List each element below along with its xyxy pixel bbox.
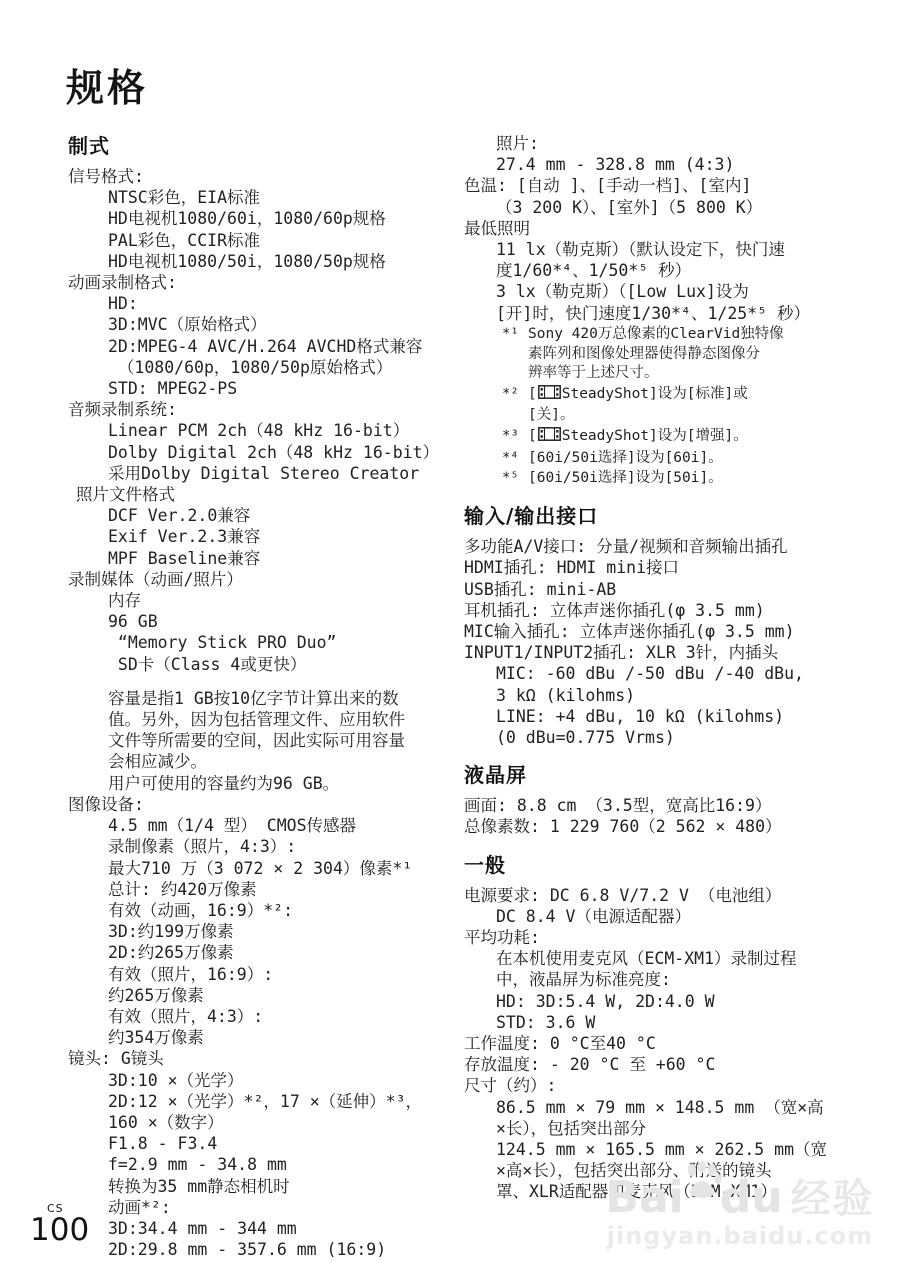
spec-line: 尺寸（约）:	[464, 1075, 896, 1096]
footnote-body: Sony 420万总像素的ClearVid独特像素阵列和图像处理器使得静态图像分…	[528, 325, 784, 384]
spec-line: “Memory Stick PRO Duo”	[108, 632, 466, 653]
footnote-marker: *²	[502, 385, 528, 426]
spec-line: 在本机使用麦克风（ECM-XM1）录制过程	[496, 948, 896, 969]
spec-line: 3D:34.4 mm - 344 mm	[108, 1218, 466, 1239]
spec-line: 画面: 8.8 cm （3.5型，宽高比16:9）	[464, 795, 896, 816]
spec-line: Dolby Digital 2ch（48 kHz 16-bit）	[108, 442, 466, 463]
footnote-marker: *⁴	[502, 449, 528, 469]
footnote-line: [SteadyShot]设为[增强]。	[528, 427, 748, 448]
footnote: *⁵[60i/50i选择]设为[50i]。	[502, 469, 896, 489]
spec-line: USB插孔: mini-AB	[464, 579, 896, 600]
spec-line: Linear PCM 2ch（48 kHz 16-bit）	[108, 420, 466, 441]
spec-line: 动画录制格式:	[68, 272, 466, 293]
footnote: *²[SteadyShot]设为[标准]或[关]。	[502, 385, 896, 426]
spec-line: 值。另外，因为包括管理文件、应用软件	[108, 709, 466, 730]
footnote-line: Sony 420万总像素的ClearVid独特像	[528, 325, 784, 345]
spec-line: STD: MPEG2-PS	[108, 378, 466, 399]
spec-line: [开]时，快门速度1/30*⁴、1/25*⁵ 秒）	[496, 303, 896, 324]
spec-line: MIC输入插孔: 立体声迷你插孔(φ 3.5 mm)	[464, 621, 896, 642]
spec-line: 文件等所需要的空间，因此实际可用容量	[108, 730, 466, 751]
manual-page: 规格 制式信号格式:NTSC彩色，EIA标准HD电视机1080/60i，1080…	[0, 0, 899, 1280]
footnote-body: [60i/50i选择]设为[60i]。	[528, 449, 723, 469]
spec-line: 动画*²:	[108, 1197, 466, 1218]
footnote-line: [SteadyShot]设为[标准]或	[528, 385, 748, 406]
spec-line: 160 ×（数字）	[108, 1112, 466, 1133]
spec-line: (0 dBu=0.775 Vrms)	[496, 727, 896, 748]
footnote: *⁴[60i/50i选择]设为[60i]。	[502, 449, 896, 469]
footnote: *³[SteadyShot]设为[增强]。	[502, 427, 896, 448]
page-number: 100	[30, 1212, 89, 1248]
section-heading: 制式	[68, 130, 466, 159]
spec-line: 电源要求: DC 6.8 V/7.2 V （电池组）	[464, 885, 896, 906]
spec-line: 有效（照片，4:3）:	[108, 1006, 466, 1027]
spec-line: 录制媒体（动画/照片）	[68, 569, 466, 590]
spec-line: MIC: -60 dBu /-50 dBu /-40 dBu,	[496, 663, 896, 684]
spec-line: 照片文件格式	[76, 484, 466, 505]
spec-line: 耳机插孔: 立体声迷你插孔(φ 3.5 mm)	[464, 600, 896, 621]
spec-line: 录制像素（照片，4:3）:	[108, 836, 466, 857]
spec-line: HDMI插孔: HDMI mini接口	[464, 557, 896, 578]
spec-line: 采用Dolby Digital Stereo Creator	[108, 463, 466, 484]
spec-line: 2D:约265万像素	[108, 942, 466, 963]
spec-line: HD: 3D:5.4 W, 2D:4.0 W	[496, 991, 896, 1012]
spec-line: ×长），包括突出部分	[496, 1118, 896, 1139]
section-heading: 输入/输出接口	[464, 500, 896, 529]
spec-line: 图像设备:	[68, 794, 466, 815]
spec-line: HD电视机1080/50i，1080/50p规格	[108, 251, 466, 272]
spec-line: SD卡（Class 4或更快）	[108, 654, 466, 675]
spec-line: （3 200 K）、[室外]（5 800 K）	[496, 197, 896, 218]
page-number-block: CS 100	[30, 1202, 89, 1246]
spec-line: 有效（照片，16:9）:	[108, 964, 466, 985]
spec-line: 总像素数: 1 229 760（2 562 × 480）	[464, 816, 896, 837]
spec-line: 3D:10 ×（光学）	[108, 1070, 466, 1091]
spec-line: 3 lx（勒克斯）（[Low Lux]设为	[496, 281, 896, 302]
footnote-line: [60i/50i选择]设为[60i]。	[528, 449, 723, 469]
spec-line: 3D:MVC（原始格式）	[108, 314, 466, 335]
spec-line: 度1/60*⁴、1/50*⁵ 秒）	[496, 260, 896, 281]
spec-line: LINE: +4 dBu, 10 kΩ (kilohms)	[496, 706, 896, 727]
spec-line: DC 8.4 V（电源适配器）	[496, 906, 896, 927]
footnote-marker: *⁵	[502, 469, 528, 489]
spec-line: 86.5 mm × 79 mm × 148.5 mm （宽×高	[496, 1097, 896, 1118]
spec-line: Exif Ver.2.3兼容	[108, 526, 466, 547]
section-heading: 一般	[464, 849, 896, 878]
spec-line: 最大710 万（3 072 × 2 304）像素*¹	[108, 858, 466, 879]
spec-line: 约265万像素	[108, 985, 466, 1006]
spec-line: （1080/60p，1080/50p原始格式）	[108, 357, 466, 378]
spec-line: 11 lx（勒克斯）（默认设定下，快门速	[496, 239, 896, 260]
footnote-marker: *¹	[502, 325, 528, 384]
spec-line: 中，液晶屏为标准亮度:	[496, 969, 896, 990]
baidu-watermark: Bai du经验 jingyan.baidu.com	[595, 1160, 885, 1250]
spec-line: 镜头: G镜头	[68, 1048, 466, 1069]
baidu-logo-text-left: Bai	[605, 1172, 683, 1223]
spec-line: 用户可使用的容量约为96 GB。	[108, 773, 466, 794]
spec-line: 3D:约199万像素	[108, 921, 466, 942]
spec-line: F1.8 - F3.4	[108, 1133, 466, 1154]
spec-line: 有效（动画，16:9）*²:	[108, 900, 466, 921]
spec-line: 音频录制系统:	[68, 399, 466, 420]
spec-line: 约354万像素	[108, 1027, 466, 1048]
baidu-paw-icon	[682, 1160, 724, 1208]
footnote-line: 素阵列和图像处理器使得静态图像分	[528, 345, 784, 365]
page-title: 规格	[66, 57, 148, 112]
spec-line: 4.5 mm（1/4 型） CMOS传感器	[108, 815, 466, 836]
spec-line: HD:	[108, 293, 466, 314]
footnote-line: 辨率等于上述尺寸。	[528, 364, 784, 384]
spec-line: 最低照明	[464, 218, 896, 239]
spec-line: 照片:	[496, 133, 896, 154]
spec-line: HD电视机1080/60i，1080/60p规格	[108, 208, 466, 229]
spec-line: 2D:29.8 mm - 357.6 mm (16:9)	[108, 1239, 466, 1260]
spacer	[68, 675, 466, 688]
footnote: *¹Sony 420万总像素的ClearVid独特像素阵列和图像处理器使得静态图…	[502, 325, 896, 384]
baidu-jingyan-text: 经验	[791, 1176, 875, 1222]
spec-line: MPF Baseline兼容	[108, 548, 466, 569]
film-steadyshot-icon	[538, 427, 561, 448]
film-steadyshot-icon	[538, 385, 561, 406]
spec-line: 2D:12 ×（光学）*²，17 ×（延伸）*³，	[108, 1091, 466, 1112]
spec-line: INPUT1/INPUT2插孔: XLR 3针，内插头	[464, 642, 896, 663]
section-heading: 液晶屏	[464, 759, 896, 788]
spec-line: 信号格式:	[68, 166, 466, 187]
footnote-body: [SteadyShot]设为[标准]或[关]。	[528, 385, 748, 426]
spec-line: STD: 3.6 W	[496, 1012, 896, 1033]
spec-line: 平均功耗:	[464, 927, 896, 948]
spec-line: 总计: 约420万像素	[108, 879, 466, 900]
spec-line: 色温: [自动 ]、[手动一档]、[室内]	[464, 175, 896, 196]
spec-line: 3 kΩ (kilohms)	[496, 685, 896, 706]
spec-line: 内存	[108, 590, 466, 611]
spec-line: 124.5 mm × 165.5 mm × 262.5 mm（宽	[496, 1139, 896, 1160]
spec-line: f=2.9 mm - 34.8 mm	[108, 1154, 466, 1175]
spec-line: 96 GB	[108, 611, 466, 632]
left-column: 制式信号格式:NTSC彩色，EIA标准HD电视机1080/60i，1080/60…	[68, 130, 466, 1260]
spec-line: 转换为35 mm静态相机时	[108, 1176, 466, 1197]
spec-line: 多功能A/V接口: 分量/视频和音频输出插孔	[464, 536, 896, 557]
spec-line: 会相应减少。	[108, 751, 466, 772]
watermark-url: jingyan.baidu.com	[595, 1222, 885, 1250]
spec-line: NTSC彩色，EIA标准	[108, 187, 466, 208]
footnote-line: [关]。	[528, 406, 748, 426]
spec-line: 27.4 mm - 328.8 mm (4:3)	[496, 154, 896, 175]
spec-line: PAL彩色，CCIR标准	[108, 230, 466, 251]
baidu-logo-text-right: du	[720, 1172, 783, 1223]
spec-line: 容量是指1 GB按10亿字节计算出来的数	[108, 688, 466, 709]
footnote-body: [60i/50i选择]设为[50i]。	[528, 469, 723, 489]
footnote-marker: *³	[502, 427, 528, 448]
spec-line: 2D:MPEG-4 AVC/H.264 AVCHD格式兼容	[108, 336, 466, 357]
footnote-line: [60i/50i选择]设为[50i]。	[528, 469, 723, 489]
spec-line: 工作温度: 0 °C至40 °C	[464, 1033, 896, 1054]
footnote-body: [SteadyShot]设为[增强]。	[528, 427, 748, 448]
baidu-logo: Bai du经验	[595, 1160, 885, 1222]
right-column: 照片:27.4 mm - 328.8 mm (4:3)色温: [自动 ]、[手动…	[464, 133, 896, 1203]
spec-line: DCF Ver.2.0兼容	[108, 505, 466, 526]
spec-line: 存放温度: - 20 °C 至 +60 °C	[464, 1054, 896, 1075]
